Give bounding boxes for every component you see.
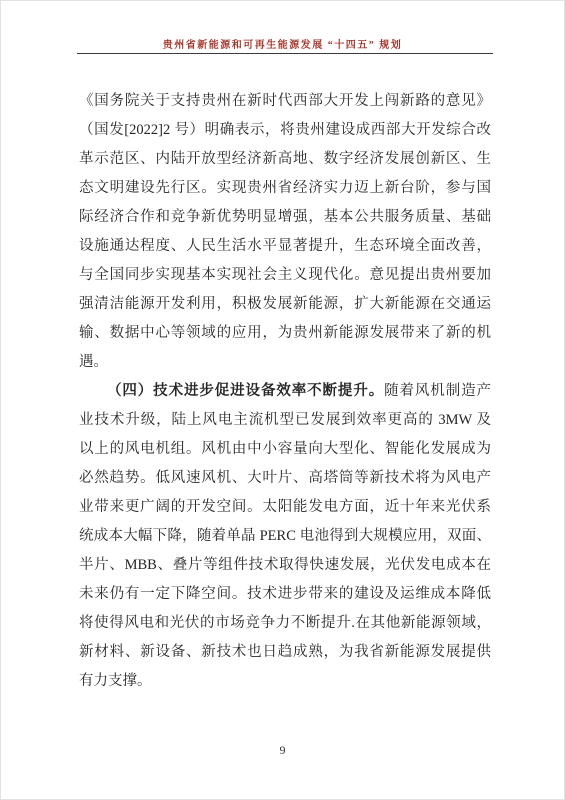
paragraph-heading: （四）技术进步促进设备效率不断提升。 — [107, 383, 384, 399]
text-line: 未来仍有一定下降空间。技术进步带来的建设及运维成本降低 — [79, 580, 491, 609]
text-line: 半片、MBB、叠片等组件技术取得快速发展，光伏发电成本在 — [79, 551, 491, 580]
text-line: 输、数据中心等领域的应用，为贵州新能源发展带来了新的机 — [79, 319, 491, 348]
text-line: 际经济合作和竞争新优势明显增强，基本公共服务质量、基础 — [79, 203, 491, 232]
text-line: 业带来更广阔的开发空间。太阳能发电方面，近十年来光伏系 — [79, 493, 491, 522]
text-line: 必然趋势。低风速风机、大叶片、高塔筒等新技术将为风电产 — [79, 464, 491, 493]
running-header-title: 贵州省新能源和可再生能源发展 “十四五” 规划 — [1, 36, 564, 51]
text-line: 业技术升级，陆上风电主流机型已发展到效率更高的 3MW 及 — [79, 406, 491, 435]
document-page: 贵州省新能源和可再生能源发展 “十四五” 规划 《国务院关于支持贵州在新时代西部… — [0, 0, 565, 800]
text-line: 遇。 — [79, 348, 491, 377]
text-line: 态文明建设先行区。实现贵州省经济实力迈上新台阶，参与国 — [79, 174, 491, 203]
text-line: 强清洁能源开发利用，积极发展新能源，扩大新能源在交通运 — [79, 290, 491, 319]
header-rule — [77, 53, 493, 54]
text-line: 有力支撑。 — [79, 667, 491, 696]
text-line: 与全国同步实现基本实现社会主义现代化。意见提出贵州要加 — [79, 261, 491, 290]
text-line: 新材料、新设备、新技术也日趋成熟，为我省新能源发展提供 — [79, 638, 491, 667]
text-line: 革示范区、内陆开放型经济新高地、数字经济发展创新区、生 — [79, 145, 491, 174]
text-line: 设施通达程度、人民生活水平显著提升，生态环境全面改善， — [79, 232, 491, 261]
text-line: 《国务院关于支持贵州在新时代西部大开发上闯新路的意见》 — [79, 87, 491, 116]
paragraph-lead-line: （四）技术进步促进设备效率不断提升。随着风机制造产 — [79, 377, 491, 406]
paragraph-lead-rest: 随着风机制造产 — [384, 383, 491, 399]
text-line: 统成本大幅下降，随着单晶 PERC 电池得到大规模应用，双面、 — [79, 522, 491, 551]
page-number: 9 — [1, 743, 564, 758]
text-line: 以上的风电机组。风机由中小容量向大型化、智能化发展成为 — [79, 435, 491, 464]
text-line: （国发[2022]2 号）明确表示，将贵州建设成西部大开发综合改 — [79, 116, 491, 145]
document-body: 《国务院关于支持贵州在新时代西部大开发上闯新路的意见》 （国发[2022]2 号… — [79, 87, 491, 696]
text-line: 将使得风电和光伏的市场竞争力不断提升.在其他新能源领域， — [79, 609, 491, 638]
